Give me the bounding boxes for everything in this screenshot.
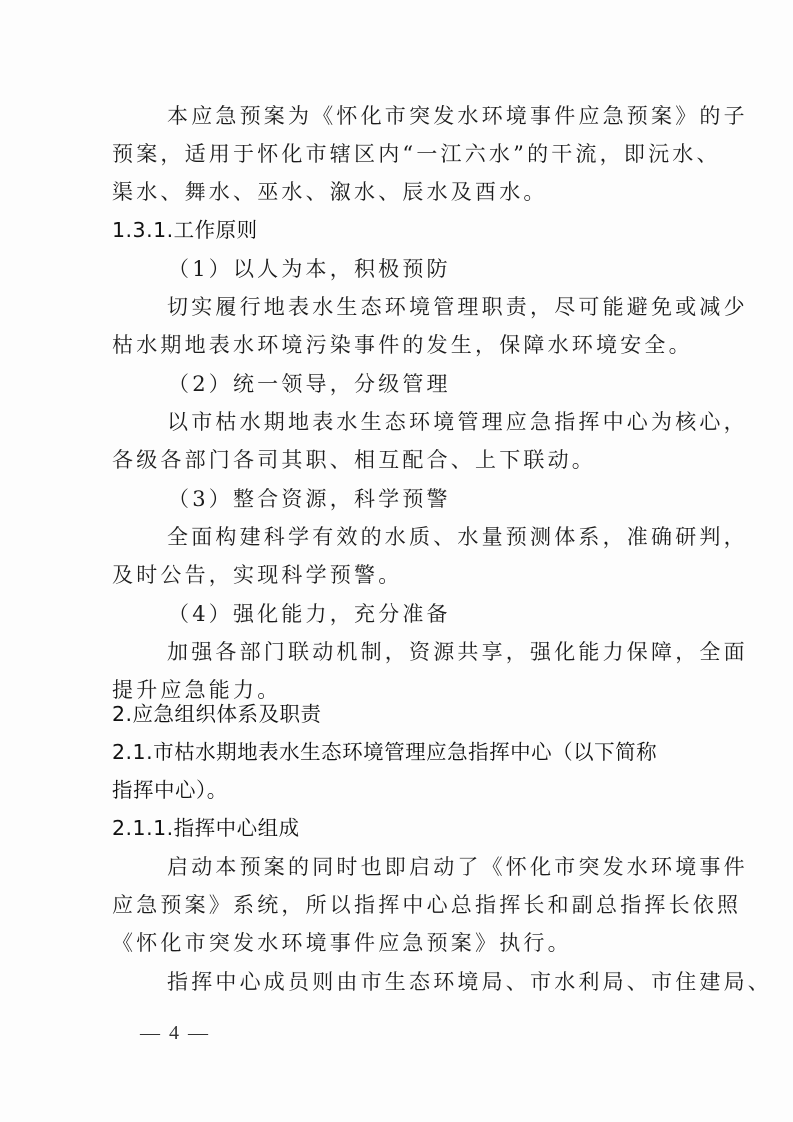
body-line: 预案，适用于怀化市辖区内“一江六水”的干流，即沅水、	[112, 140, 692, 168]
body-line: 本应急预案为《怀化市突发水环境事件应急预案》的子	[167, 102, 747, 130]
body-line: 加强各部门联动机制，资源共享，强化能力保障，全面	[167, 638, 747, 666]
body-line: 全面构建科学有效的水质、水量预测体系，准确研判，	[167, 523, 747, 551]
page-number: — 4 —	[140, 1022, 210, 1045]
body-line: 指挥中心成员则由市生态环境局、市水利局、市住建局、	[167, 968, 747, 996]
principle-subheading-2: （2）统一领导，分级管理	[168, 370, 748, 398]
body-line: 及时公告，实现科学预警。	[112, 561, 692, 589]
principle-subheading-3: （3）整合资源，科学预警	[168, 485, 748, 513]
section-heading-2-1: 2.1.市枯水期地表水生态环境管理应急指挥中心（以下简称	[112, 738, 692, 766]
body-line: 渠水、舞水、巫水、溆水、辰水及酉水。	[112, 178, 692, 206]
document-page: 本应急预案为《怀化市突发水环境事件应急预案》的子 预案，适用于怀化市辖区内“一江…	[0, 0, 793, 1122]
body-line: 枯水期地表水环境污染事件的发生，保障水环境安全。	[112, 331, 692, 359]
body-line: 启动本预案的同时也即启动了《怀化市突发水环境事件	[167, 853, 747, 881]
body-line: 《怀化市突发水环境事件应急预案》执行。	[112, 929, 692, 957]
body-line: 应急预案》系统，所以指挥中心总指挥长和副总指挥长依照	[112, 891, 692, 919]
body-line: 以市枯水期地表水生态环境管理应急指挥中心为核心，	[167, 408, 747, 436]
body-line: 各级各部门各司其职、相互配合、上下联动。	[112, 446, 692, 474]
section-heading-2-1-1: 2.1.1.指挥中心组成	[112, 814, 692, 842]
principle-subheading-1: （1）以人为本，积极预防	[168, 255, 748, 283]
body-line: 切实履行地表水生态环境管理职责，尽可能避免或减少	[167, 293, 747, 321]
principle-subheading-4: （4）强化能力，充分准备	[168, 600, 748, 628]
section-heading-1-3-1: 1.3.1.工作原则	[112, 216, 692, 244]
section-heading-2-1-cont: 指挥中心）。	[112, 776, 692, 804]
section-heading-2: 2.应急组织体系及职责	[112, 700, 692, 728]
